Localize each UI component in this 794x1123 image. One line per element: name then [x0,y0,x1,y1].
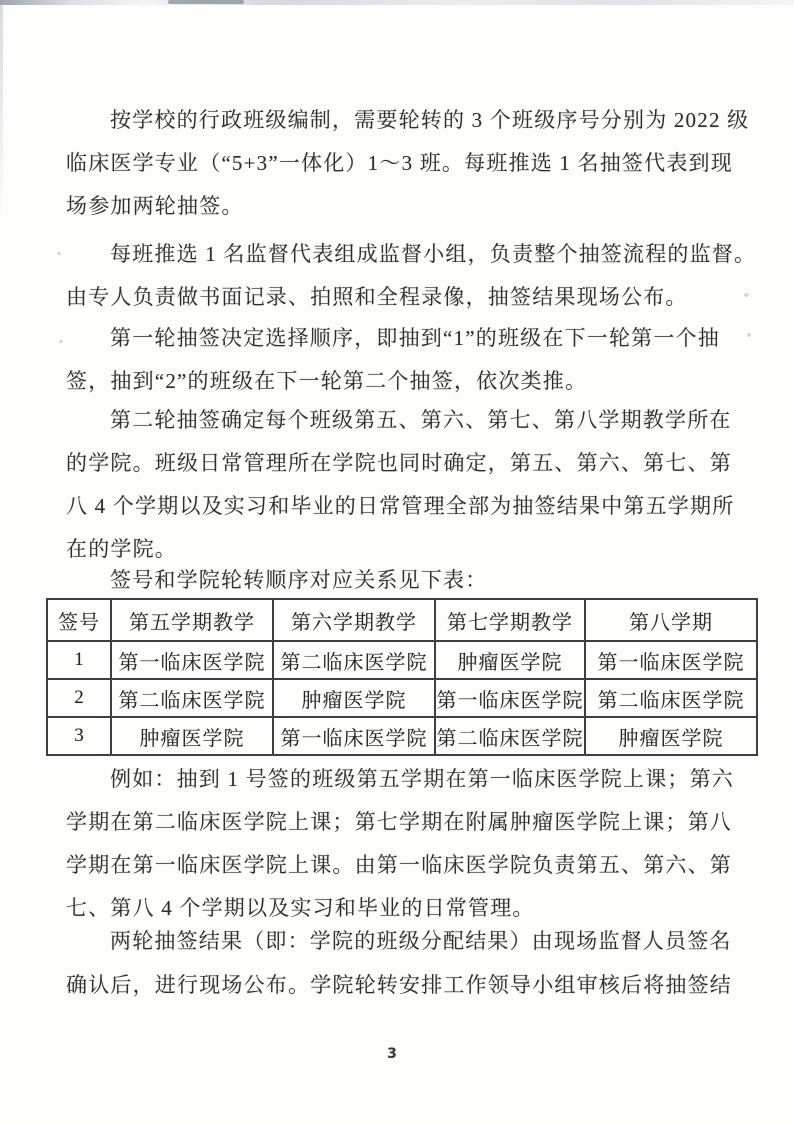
table-cell: 2 [47,679,111,717]
scanned-document-page: 按学校的行政班级编制，需要轮转的 3 个班级序号分别为 2022 级临床医学专业… [0,0,794,1123]
table-cell: 肿瘤医学院 [585,717,757,755]
text-line: 八 4 个学期以及实习和毕业的日常管理全部为抽签结果中第五学期所 [66,485,756,528]
scan-top-edge-artifact [168,0,244,4]
paragraph-result-announcement: 两轮抽签结果（即：学院的班级分配结果）由现场监督人员签名确认后，进行现场公布。学… [66,919,756,1007]
table-cell: 第一临床医学院 [111,641,273,679]
table-header-cell: 第六学期教学 [273,599,435,641]
text-line: 两轮抽签结果（即：学院的班级分配结果）由现场监督人员签名 [66,919,756,963]
table-cell: 第二临床医学院 [273,641,435,679]
table-cell: 第一临床医学院 [585,641,757,679]
paragraph-example: 例如：抽到 1 号签的班级第五学期在第一临床医学院上课；第六学期在第二临床医学院… [66,758,756,930]
rotation-table: 签号第五学期教学第六学期教学第七学期教学第八学期 1第一临床医学院第二临床医学院… [46,598,758,756]
table-cell: 肿瘤医学院 [435,641,585,679]
table-cell: 第二临床医学院 [111,679,273,717]
rotation-table-body: 1第一临床医学院第二临床医学院肿瘤医学院第一临床医学院2第二临床医学院肿瘤医学院… [47,641,757,755]
table-cell: 第一临床医学院 [273,717,435,755]
text-line: 第一轮抽签决定选择顺序，即抽到“1”的班级在下一轮第一个抽 [66,317,756,360]
table-header-cell: 第七学期教学 [435,599,585,641]
scan-left-edge-artifact [0,4,3,224]
table-cell: 1 [47,641,111,679]
table-header-cell: 第五学期教学 [111,599,273,641]
paragraph-supervision-group: 每班推选 1 名监督代表组成监督小组，负责整个抽签流程的监督。由专人负责做书面记… [66,233,756,319]
table-header-cell: 第八学期 [585,599,757,641]
paragraph-first-round-draw: 第一轮抽签决定选择顺序，即抽到“1”的班级在下一轮第一个抽签，抽到“2”的班级在… [66,317,756,403]
paragraph-table-intro: 签号和学院轮转顺序对应关系见下表： [66,561,756,599]
table-cell: 肿瘤医学院 [273,679,435,717]
paragraph-second-round-draw: 第二轮抽签确定每个班级第五、第六、第七、第八学期教学所在的学院。班级日常管理所在… [66,399,756,571]
scan-top-edge-artifact [0,0,794,5]
text-line: 每班推选 1 名监督代表组成监督小组，负责整个抽签流程的监督。 [66,233,756,276]
table-cell: 第二临床医学院 [585,679,757,717]
text-line: 第二轮抽签确定每个班级第五、第六、第七、第八学期教学所在 [66,399,756,442]
paragraph-class-numbering: 按学校的行政班级编制，需要轮转的 3 个班级序号分别为 2022 级临床医学专业… [66,99,756,228]
scan-speck [59,340,63,343]
table-row: 3肿瘤医学院第一临床医学院第二临床医学院肿瘤医学院 [47,717,757,755]
text-line: 学期在第一临床医学院上课。由第一临床医学院负责第五、第六、第 [66,844,756,887]
rotation-table-header: 签号第五学期教学第六学期教学第七学期教学第八学期 [47,599,757,641]
table-row: 1第一临床医学院第二临床医学院肿瘤医学院第一临床医学院 [47,641,757,679]
text-line: 场参加两轮抽签。 [66,185,756,228]
table-cell: 3 [47,717,111,755]
text-line: 按学校的行政班级编制，需要轮转的 3 个班级序号分别为 2022 级 [66,99,756,142]
text-line: 临床医学专业（“5+3”一体化）1～3 班。每班推选 1 名抽签代表到现 [66,142,756,185]
text-line: 签号和学院轮转顺序对应关系见下表： [66,561,756,599]
text-line: 学期在第二临床医学院上课；第七学期在附属肿瘤医学院上课；第八 [66,801,756,844]
text-line: 的学院。班级日常管理所在学院也同时确定，第五、第六、第七、第 [66,442,756,485]
text-line: 确认后，进行现场公布。学院轮转安排工作领导小组审核后将抽签结 [66,963,756,1007]
table-cell: 第二临床医学院 [435,717,585,755]
table-cell: 第一临床医学院 [435,679,585,717]
text-line: 由专人负责做书面记录、拍照和全程录像，抽签结果现场公布。 [66,276,756,319]
scan-speck [57,252,61,255]
text-line: 例如：抽到 1 号签的班级第五学期在第一临床医学院上课；第六 [66,758,756,801]
table-header-cell: 签号 [47,599,111,641]
text-line: 签，抽到“2”的班级在下一轮第二个抽签，依次类推。 [66,360,756,403]
table-row: 2第二临床医学院肿瘤医学院第一临床医学院第二临床医学院 [47,679,757,717]
table-cell: 肿瘤医学院 [111,717,273,755]
page-number: 3 [0,1046,784,1062]
